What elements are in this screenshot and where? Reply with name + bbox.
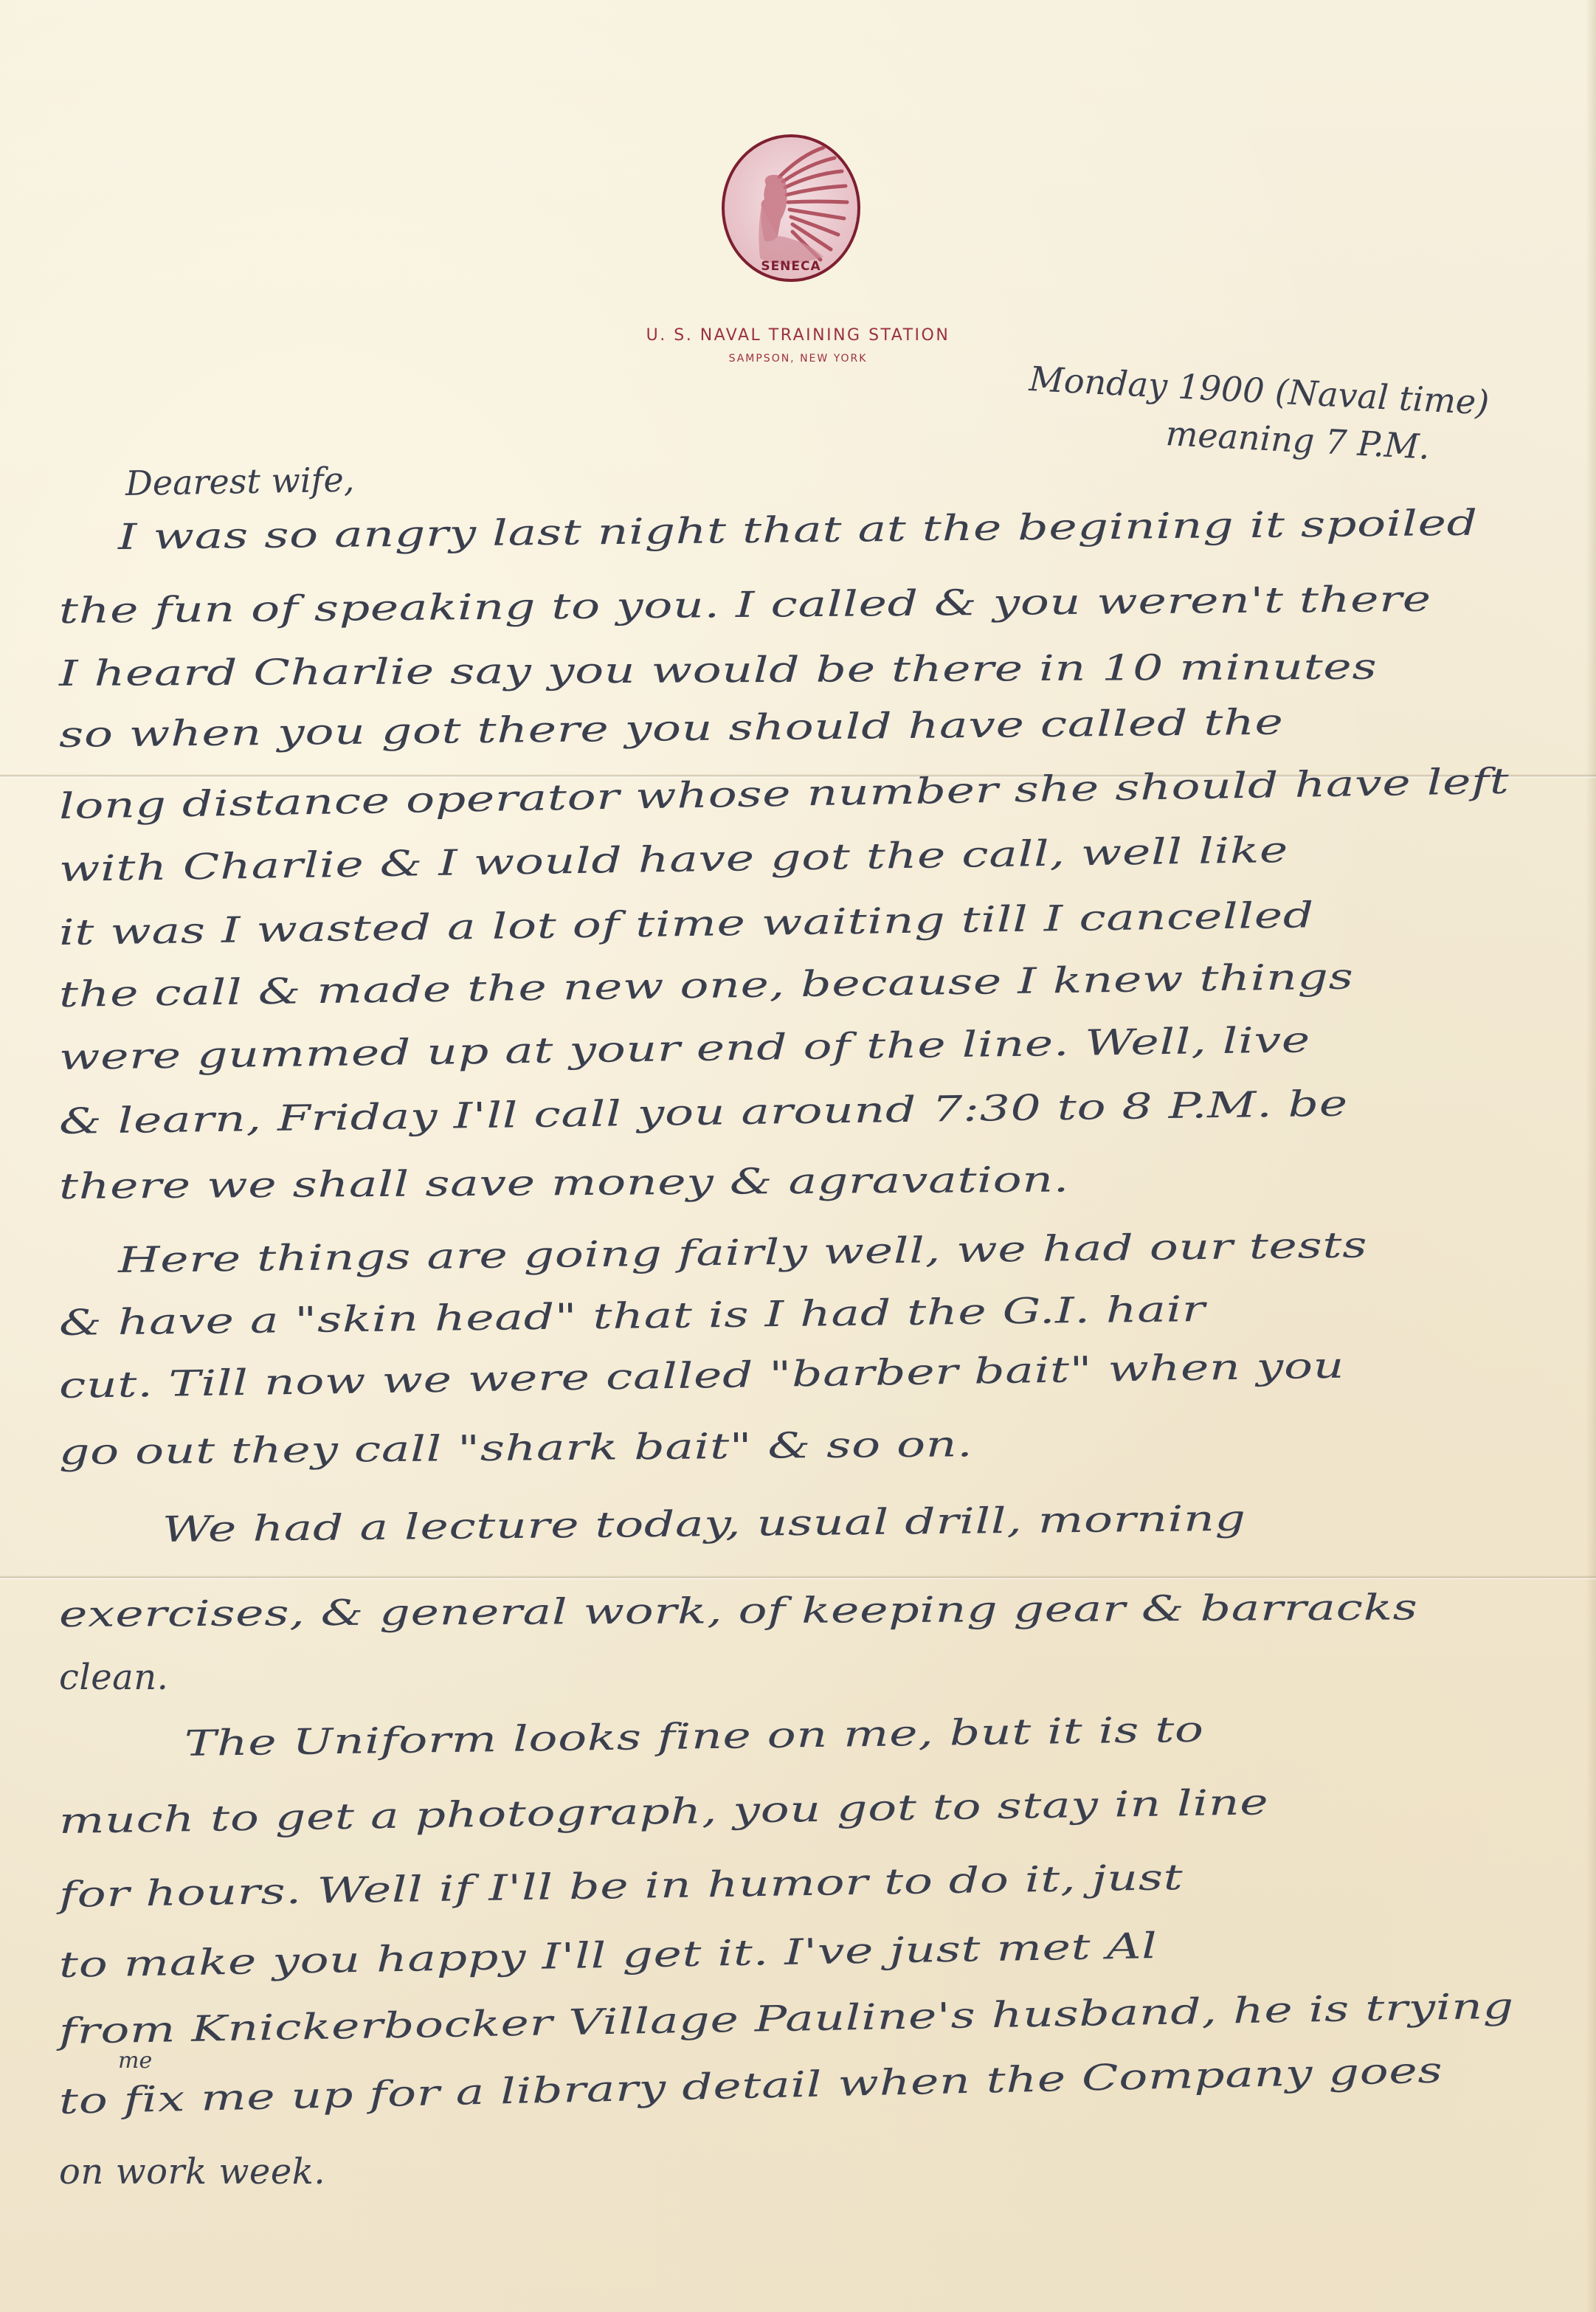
seal-label: SENECA xyxy=(761,259,821,274)
interlinear-insert: me xyxy=(118,2048,152,2074)
letter-line: there we shall save money & agravation. xyxy=(59,1159,1069,1207)
paper-edge-shadow xyxy=(1586,0,1596,2312)
seneca-chief-seal-icon: SENECA xyxy=(720,133,862,284)
station-name: U. S. NAVAL TRAINING STATION xyxy=(0,326,1596,345)
letter-line: clean. xyxy=(59,1657,168,1698)
letter-line: I heard Charlie say you would be there i… xyxy=(59,646,1378,694)
letter-line: go out they call "shark bait" & so on. xyxy=(59,1424,973,1473)
fold-line xyxy=(0,1576,1596,1580)
letter-line: on work week. xyxy=(59,2151,325,2192)
letter-line: exercises, & general work, of keeping ge… xyxy=(59,1587,1418,1635)
salutation: Dearest wife, xyxy=(125,460,355,503)
station-location: SAMPSON, NEW YORK xyxy=(0,353,1596,365)
